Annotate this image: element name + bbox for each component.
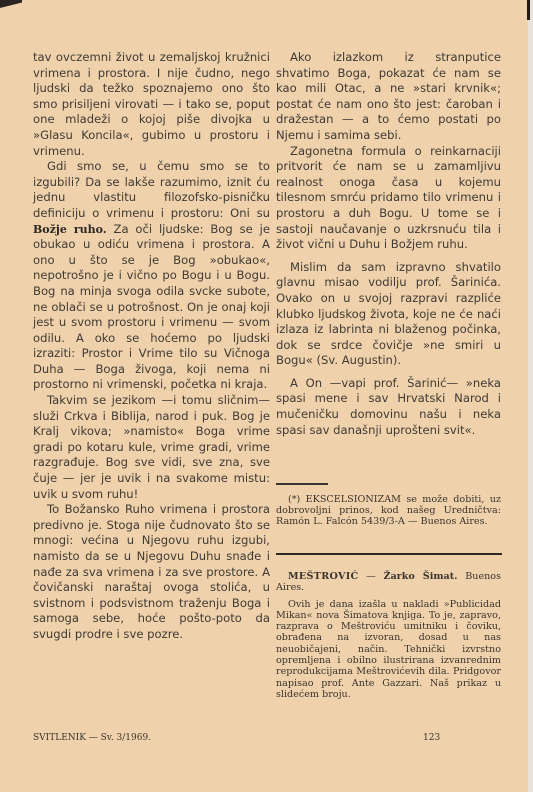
- footnote: (*) EKSCELSIONIZAM se može dobiti, uz do…: [276, 494, 501, 528]
- magazine-page: tav ovczemni život u zemaljskoj kružnici…: [0, 0, 528, 792]
- review-heading: MEŠTROVIĆ — Žarko Šimat. Buenos Aires.: [276, 571, 501, 594]
- paragraph: Gdi smo se, u čemu smo se to izgubili? D…: [33, 159, 270, 393]
- paragraph: tav ovczemni život u zemaljskoj kružnici…: [33, 50, 270, 159]
- page-corner-shadow: [0, 0, 22, 8]
- section-divider: [276, 553, 502, 555]
- emphasis-bozje-ruho: Božje ruho.: [33, 223, 107, 236]
- review-author: Žarko Šimat.: [383, 571, 457, 582]
- book-review: MEŠTROVIĆ — Žarko Šimat. Buenos Aires. O…: [276, 571, 501, 700]
- page-number: 123: [423, 733, 440, 743]
- review-title: MEŠTROVIĆ: [288, 571, 358, 582]
- paragraph: To Božansko Ruho vrimena i prostora pred…: [33, 502, 270, 642]
- footer-journal: SVITLENIK — Sv. 3/1969.: [33, 733, 151, 743]
- paragraph: Mislim da sam izpravno shvatilo glavnu m…: [276, 260, 501, 369]
- review-body: Ovih je dana izašla u nakladi »Publicida…: [276, 599, 501, 701]
- page-edge: [528, 0, 533, 792]
- left-column: tav ovczemni život u zemaljskoj kružnici…: [33, 50, 270, 643]
- paragraph: Takvim se jezikom —i tomu sličnim— služi…: [33, 393, 270, 502]
- paragraph: Zagonetna formula o reinkarnaciji pritvo…: [276, 144, 501, 253]
- paragraph: A On —vapi prof. Šarinić— »neka spasi me…: [276, 376, 501, 438]
- paragraph: Ako izlazkom iz stranputice shvatimo Bog…: [276, 50, 501, 144]
- right-column: Ako izlazkom iz stranputice shvatimo Bog…: [276, 50, 501, 438]
- footnote-divider: [276, 483, 328, 485]
- page-edge-shadow: [527, 0, 530, 20]
